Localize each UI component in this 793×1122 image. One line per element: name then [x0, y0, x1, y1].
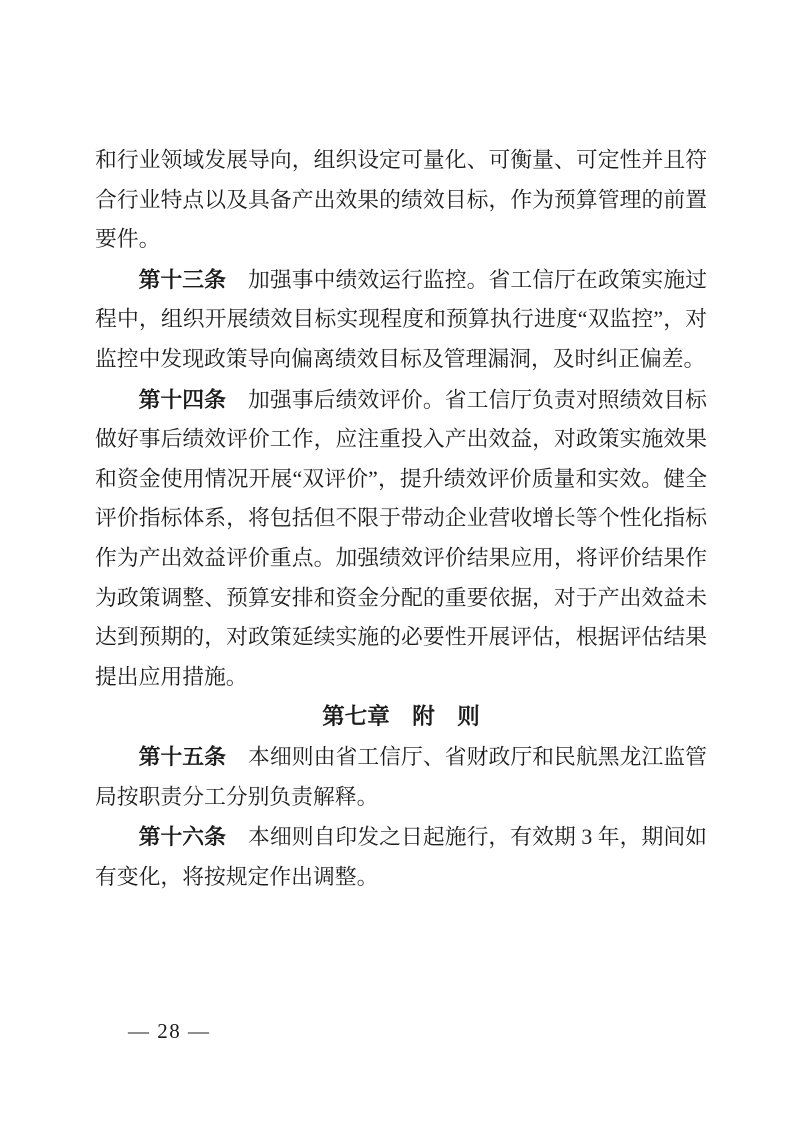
document-page: 和行业领域发展导向，组织设定可量化、可衡量、可定性并且符合行业特点以及具备产出效…: [0, 0, 793, 1122]
article-13-paragraph: 第十三条加强事中绩效运行监控。省工信厅在政策实施过程中，组织开展绩效目标实现程度…: [95, 260, 707, 380]
article-15-paragraph: 第十五条本细则由省工信厅、省财政厅和民航黑龙江监管局按职责分工分别负责解释。: [95, 737, 707, 817]
article-16-paragraph: 第十六条本细则自印发之日起施行，有效期 3 年，期间如有变化，将按规定作出调整。: [95, 817, 707, 897]
article-14-paragraph: 第十四条加强事后绩效评价。省工信厅负责对照绩效目标做好事后绩效评价工作，应注重投…: [95, 380, 707, 698]
document-body: 和行业领域发展导向，组织设定可量化、可衡量、可定性并且符合行业特点以及具备产出效…: [95, 141, 707, 897]
article-15-label: 第十五条: [139, 744, 226, 769]
page-footer: — 28 —: [128, 1019, 211, 1044]
chapter-7-heading: 第七章 附 则: [95, 697, 707, 737]
article-14-text: 加强事后绩效评价。省工信厅负责对照绩效目标做好事后绩效评价工作，应注重投入产出效…: [95, 388, 707, 689]
article-13-label: 第十三条: [139, 267, 226, 292]
article-16-label: 第十六条: [139, 824, 226, 849]
page-number: — 28 —: [128, 1019, 211, 1043]
paragraph-continuation: 和行业领域发展导向，组织设定可量化、可衡量、可定性并且符合行业特点以及具备产出效…: [95, 141, 707, 260]
article-14-label: 第十四条: [139, 387, 226, 412]
